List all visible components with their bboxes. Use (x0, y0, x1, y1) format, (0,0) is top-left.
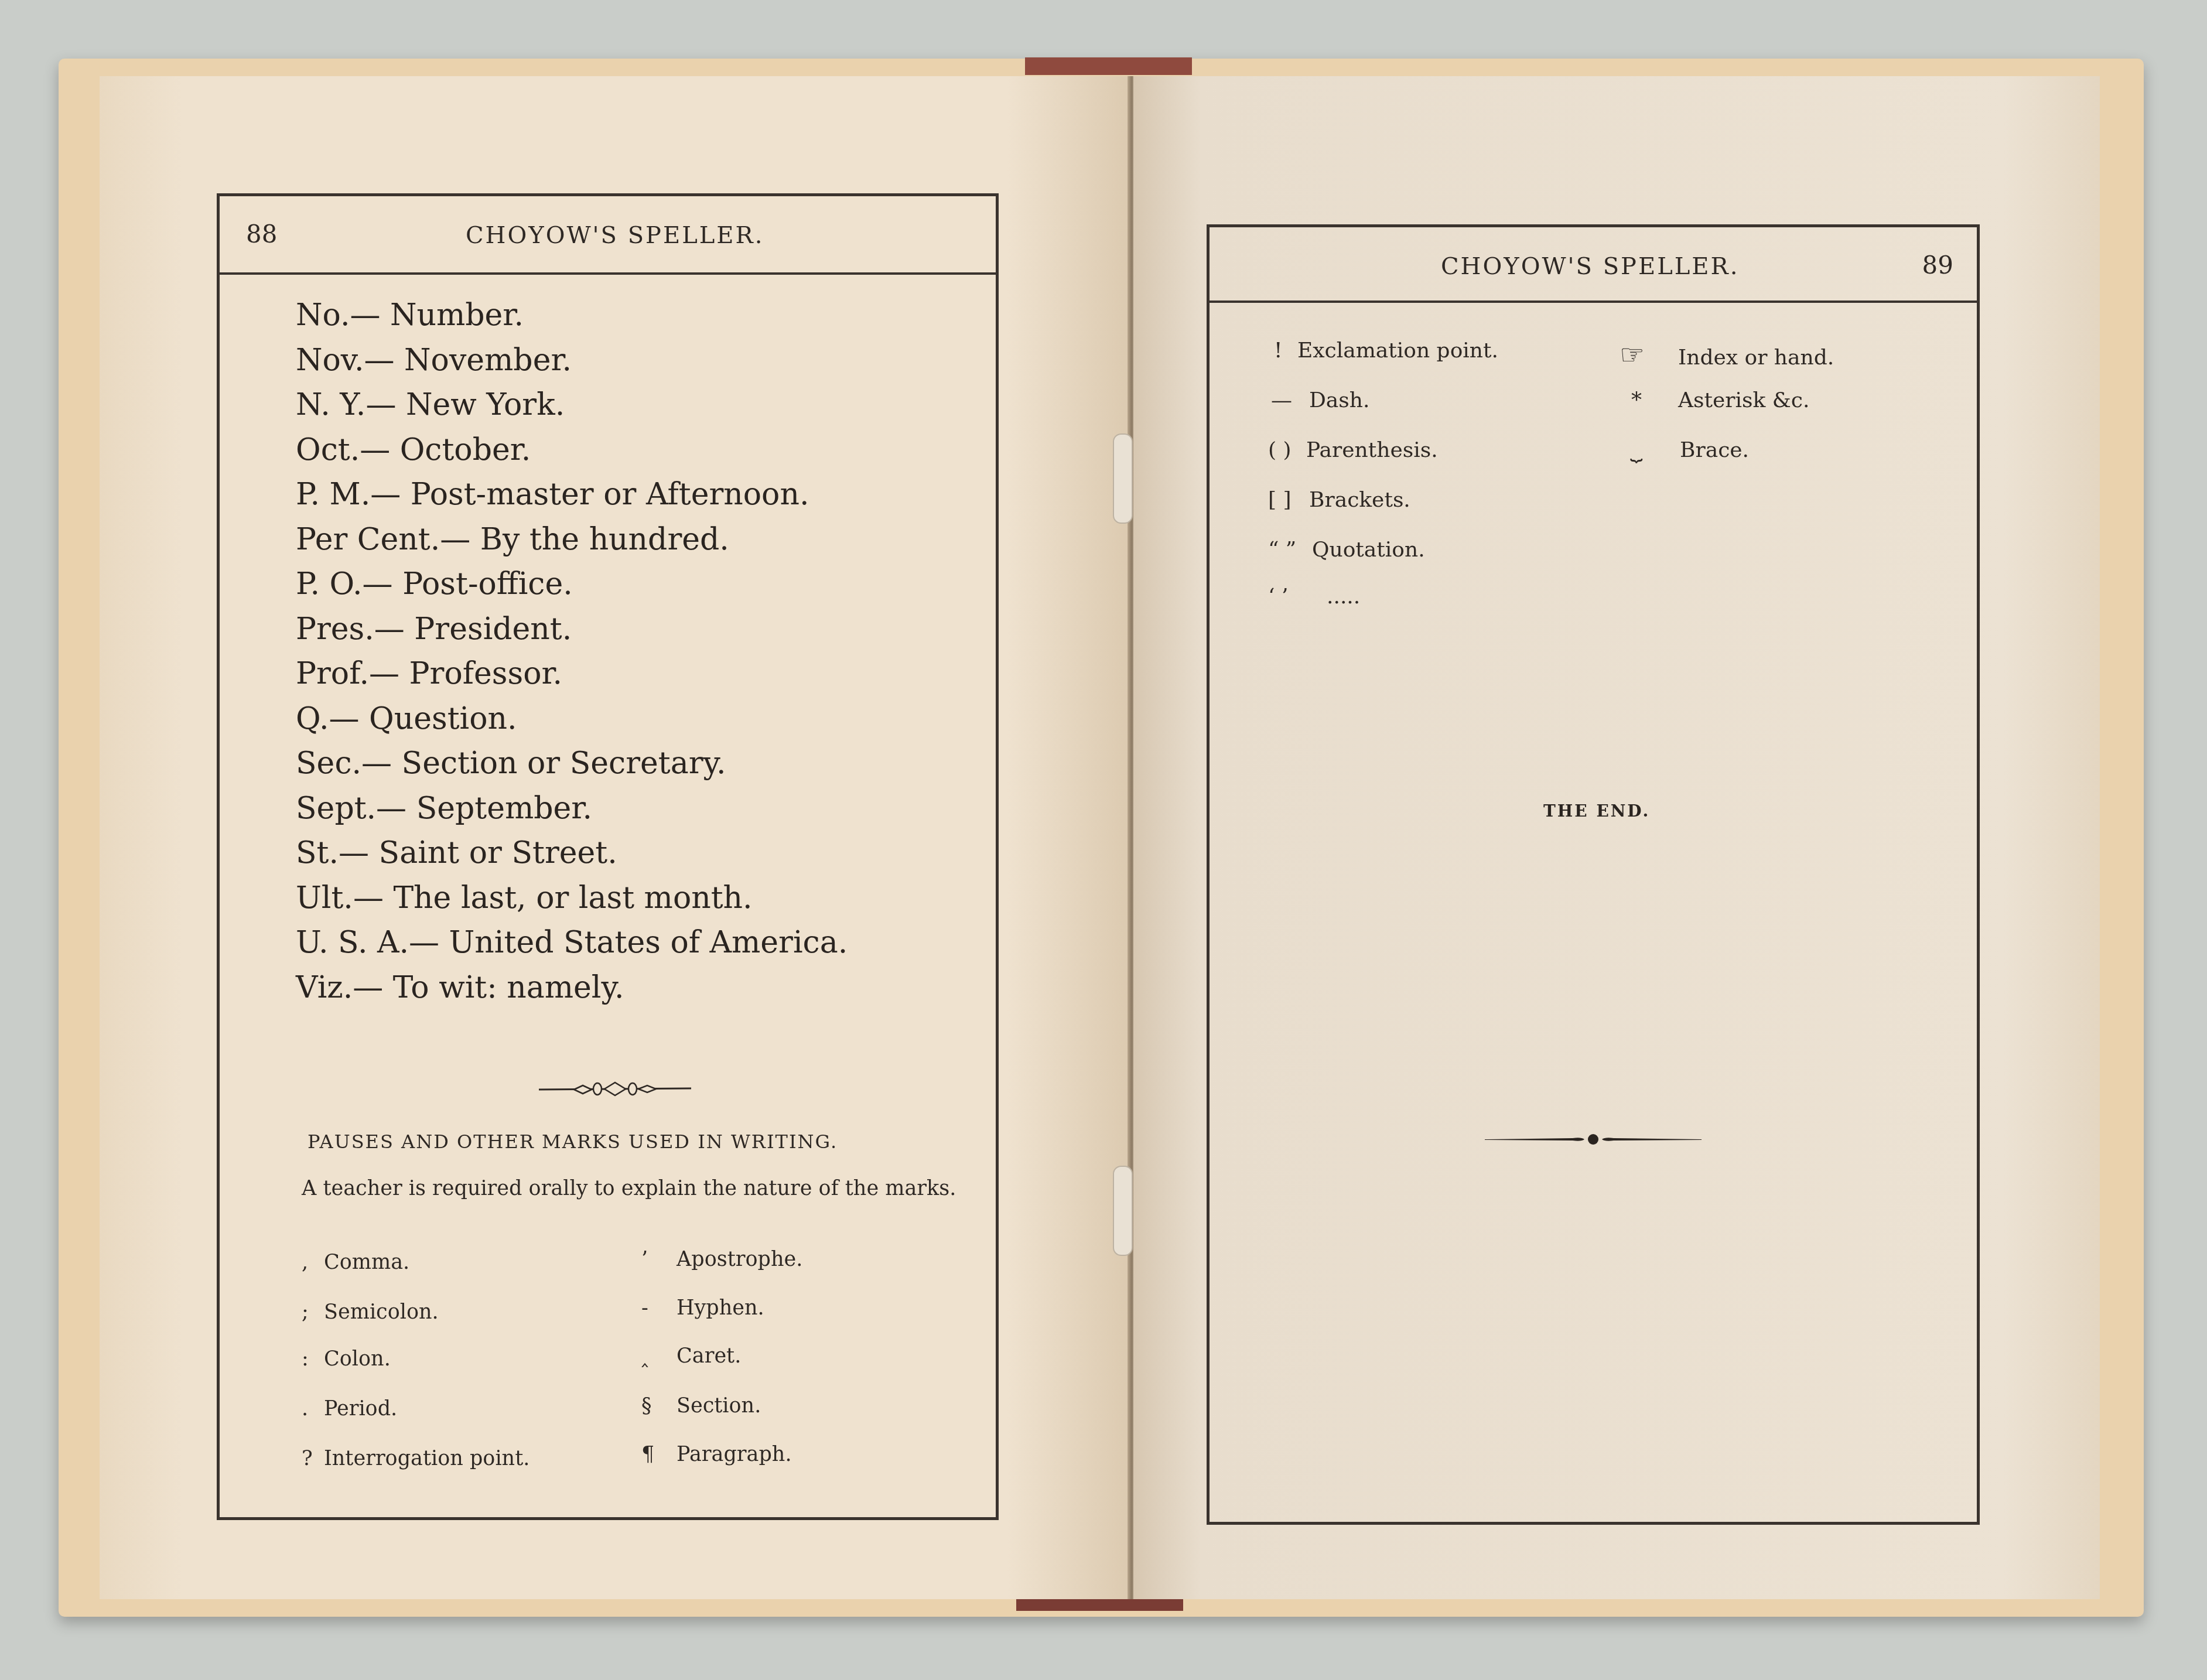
abbreviation-item: N. Y.— New York. (296, 383, 848, 428)
mark-item: !Exclamation point. (1274, 339, 1498, 363)
mark-label: Dash. (1309, 388, 1369, 412)
mark-item: ‸Caret. (641, 1344, 741, 1368)
abbreviation-item: Q.— Question. (296, 696, 848, 742)
mark-item: ☞Index or hand. (1620, 339, 1834, 371)
comma-icon: , (302, 1251, 324, 1274)
brackets-icon: [ ] (1268, 488, 1309, 512)
mark-item: ’Apostrophe. (641, 1248, 802, 1271)
abbreviation-item: U. S. A.— United States of America. (296, 920, 848, 965)
abbreviation-list: No.— Number. Nov.— November. N. Y.— New … (296, 293, 848, 1010)
parenthesis-icon: ( ) (1268, 438, 1306, 462)
ornament-divider-icon (539, 1081, 691, 1098)
pilcrow-icon: ¶ (641, 1443, 677, 1466)
abbreviation-item: Per Cent.— By the hundred. (296, 517, 848, 562)
mark-item: [ ]Brackets. (1268, 488, 1410, 512)
abbreviation-item: Oct.— October. (296, 428, 848, 473)
mark-item: *Asterisk &c. (1631, 388, 1809, 412)
colon-icon: : (302, 1347, 324, 1371)
mark-item: -Hyphen. (641, 1296, 764, 1320)
mark-item: :Colon. (302, 1347, 391, 1371)
section-title: PAUSES AND OTHER MARKS USED IN WRITING. (308, 1131, 838, 1153)
running-head: CHOYOW'S SPELLER. (466, 222, 764, 249)
mark-label: Semicolon. (324, 1300, 439, 1324)
mark-label: Interrogation point. (324, 1447, 529, 1470)
pointing-hand-icon: ☞ (1620, 339, 1678, 371)
abbreviation-item: Prof.— Professor. (296, 651, 848, 696)
quotation-marks-icon: “ ” (1268, 538, 1312, 562)
dash-icon: — (1271, 388, 1309, 412)
running-head: CHOYOW'S SPELLER. (1441, 253, 1739, 280)
abbreviation-item: Sept.— September. (296, 786, 848, 831)
period-icon: . (302, 1397, 324, 1421)
mark-label: Brace. (1680, 438, 1749, 462)
mark-label: Index or hand. (1678, 346, 1834, 370)
mark-label: Paragraph. (677, 1443, 792, 1466)
mark-label: Apostrophe. (677, 1248, 802, 1271)
mark-label: Brackets. (1309, 488, 1410, 512)
asterisk-icon: * (1631, 388, 1678, 412)
mark-label: Exclamation point. (1297, 339, 1498, 363)
mark-item: “ ”Quotation. (1268, 538, 1425, 562)
abbreviation-item: P. M.— Post-master or Afternoon. (296, 472, 848, 517)
intro-paragraph: A teacher is required orally to explain … (258, 1172, 972, 1206)
right-page-frame: CHOYOW'S SPELLER. 89 !Exclamation point.… (1207, 224, 1980, 1525)
semicolon-icon: ; (302, 1300, 324, 1324)
mark-item: .Period. (302, 1397, 397, 1421)
ornament-divider-icon (1485, 1132, 1702, 1146)
brace-icon: ⏟ (1630, 438, 1680, 463)
abbreviation-item: No.— Number. (296, 293, 848, 338)
page-number: 89 (1922, 251, 1953, 279)
single-quotes-icon: ‘ ’ (1268, 585, 1327, 609)
mark-label: Parenthesis. (1306, 438, 1438, 462)
abbreviation-item: P. O.— Post-office. (296, 562, 848, 607)
spine-bottom (1016, 1598, 1183, 1611)
right-page-header: CHOYOW'S SPELLER. 89 (1210, 227, 1977, 303)
abbreviation-item: St.— Saint or Street. (296, 831, 848, 876)
mark-item: ¶Paragraph. (641, 1443, 792, 1466)
mark-item: ;Semicolon. (302, 1300, 439, 1324)
exclamation-icon: ! (1274, 339, 1297, 363)
ellipsis-mark: ..... (1327, 585, 1360, 609)
mark-label: Asterisk &c. (1678, 388, 1809, 412)
mark-label: Section. (677, 1394, 761, 1418)
abbreviation-item: Ult.— The last, or last month. (296, 876, 848, 921)
mark-item: ‘ ’..... (1268, 585, 1360, 609)
mark-item: ( )Parenthesis. (1268, 438, 1438, 462)
section-sign-icon: § (641, 1394, 677, 1418)
the-end-text: THE END. (1543, 801, 1650, 821)
caret-icon: ‸ (641, 1344, 677, 1368)
left-page-header: 88 CHOYOW'S SPELLER. (220, 196, 996, 275)
abbreviation-item: Nov.— November. (296, 338, 848, 383)
mark-item: —Dash. (1271, 388, 1369, 412)
apostrophe-icon: ’ (641, 1248, 677, 1271)
mark-label: Hyphen. (677, 1296, 764, 1320)
abbreviation-item: Pres.— President. (296, 607, 848, 652)
mark-label: Comma. (324, 1251, 409, 1274)
mark-item: ⏟Brace. (1630, 438, 1749, 463)
mark-item: §Section. (641, 1394, 761, 1418)
mark-item: ,Comma. (302, 1251, 409, 1274)
mark-label: Quotation. (1312, 538, 1425, 562)
abbreviation-item: Sec.— Section or Secretary. (296, 741, 848, 786)
mark-label: Caret. (677, 1344, 741, 1368)
binding-staple-bottom (1113, 1166, 1133, 1256)
left-page-frame: 88 CHOYOW'S SPELLER. No.— Number. Nov.— … (217, 193, 999, 1520)
binding-staple-top (1113, 433, 1133, 524)
abbreviation-item: Viz.— To wit: namely. (296, 965, 848, 1010)
mark-label: Period. (324, 1397, 397, 1421)
spine-top (1025, 57, 1192, 75)
mark-label: Colon. (324, 1347, 391, 1371)
question-mark-icon: ? (302, 1447, 324, 1470)
hyphen-icon: - (641, 1296, 677, 1320)
mark-item: ?Interrogation point. (302, 1447, 529, 1470)
page-number: 88 (246, 220, 277, 248)
